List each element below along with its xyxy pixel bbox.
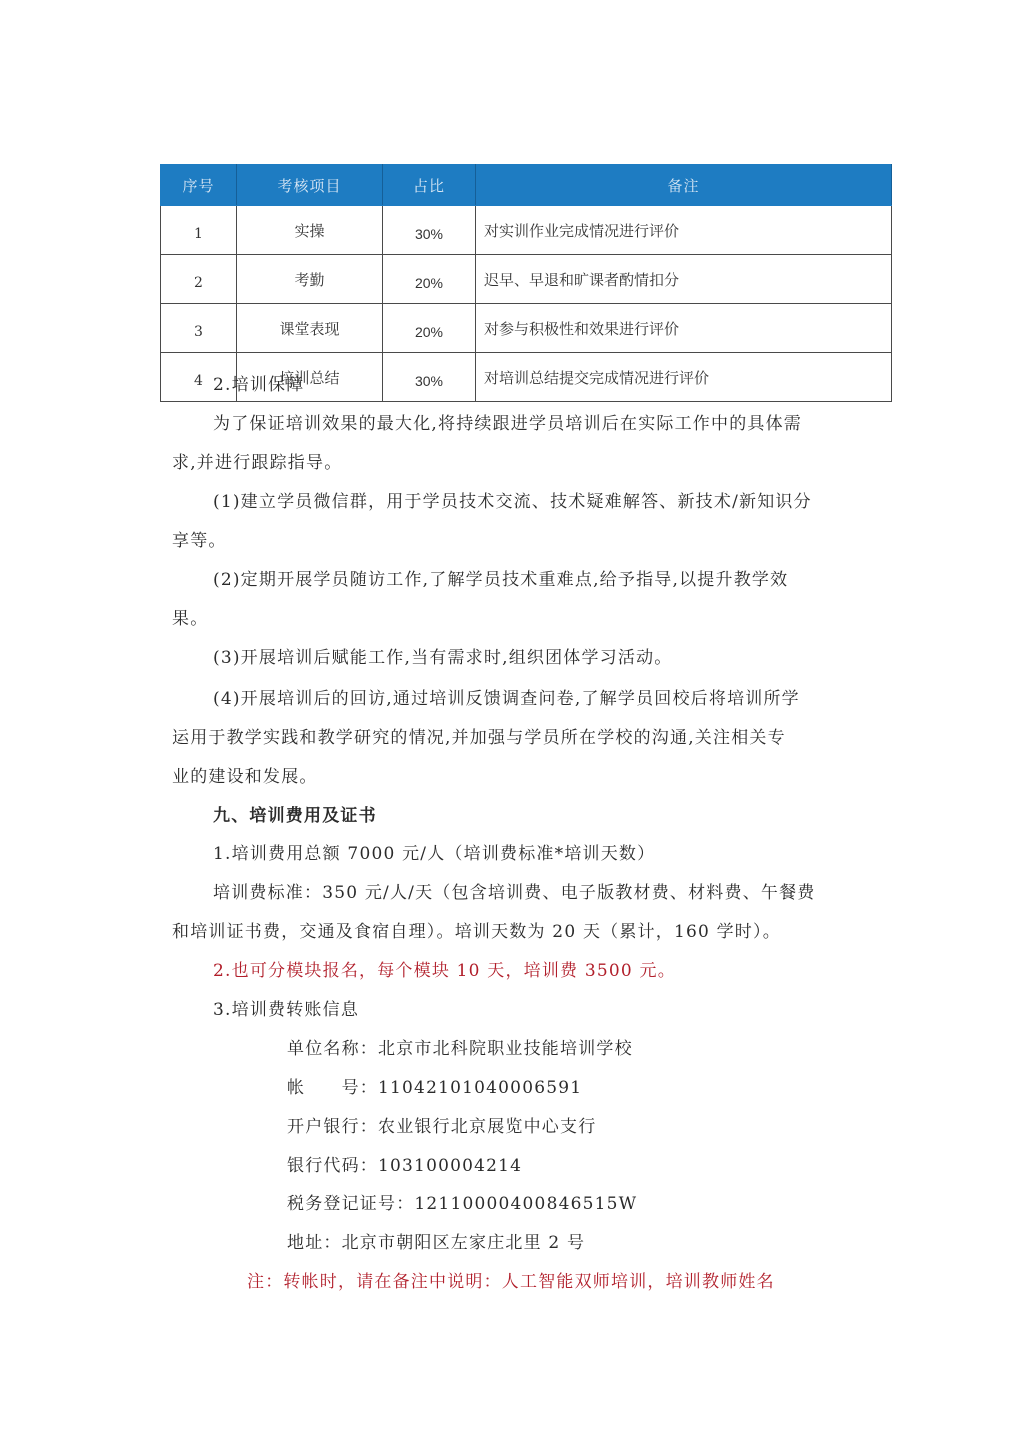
fees-module-note: 2.也可分模块报名，每个模块 10 天，培训费 3500 元。 bbox=[213, 956, 676, 981]
transfer-unit-name: 单位名称：北京市北科院职业技能培训学校 bbox=[287, 1034, 633, 1059]
cell-note: 对参与积极性和效果进行评价 bbox=[476, 304, 892, 353]
cell-item: 课堂表现 bbox=[237, 304, 383, 353]
fees-standard-line2: 和培训证书费，交通及食宿自理）。培训天数为 20 天（累计，160 学时）。 bbox=[172, 917, 781, 942]
cell-index: 3 bbox=[161, 304, 237, 353]
cell-weight: 20% bbox=[383, 255, 476, 304]
guarantee-item2-line2: 果。 bbox=[172, 604, 208, 629]
cell-note: 对培训总结提交完成情况进行评价 bbox=[476, 353, 892, 402]
cell-index: 1 bbox=[161, 206, 237, 255]
header-index: 序号 bbox=[161, 165, 237, 206]
guarantee-item4-line3: 业的建设和发展。 bbox=[172, 762, 318, 787]
transfer-bank: 开户银行：农业银行北京展览中心支行 bbox=[287, 1112, 596, 1137]
transfer-heading: 3.培训费转账信息 bbox=[213, 995, 359, 1020]
cell-weight: 30% bbox=[383, 206, 476, 255]
table-row: 2 考勤 20% 迟早、早退和旷课者酌情扣分 bbox=[161, 255, 892, 304]
assessment-table: 序号 考核项目 占比 备注 1 实操 30% 对实训作业完成情况进行评价 2 考… bbox=[160, 164, 892, 402]
table-header-row: 序号 考核项目 占比 备注 bbox=[161, 165, 892, 206]
header-weight: 占比 bbox=[383, 165, 476, 206]
cell-note: 迟早、早退和旷课者酌情扣分 bbox=[476, 255, 892, 304]
transfer-bank-code: 银行代码：103100004214 bbox=[287, 1151, 522, 1176]
guarantee-intro-line2: 求,并进行跟踪指导。 bbox=[172, 448, 342, 473]
cell-item: 考勤 bbox=[237, 255, 383, 304]
table-row: 3 课堂表现 20% 对参与积极性和效果进行评价 bbox=[161, 304, 892, 353]
guarantee-item1-line2: 享等。 bbox=[172, 526, 227, 551]
fees-section-title: 九、培训费用及证书 bbox=[213, 801, 377, 826]
cell-weight: 20% bbox=[383, 304, 476, 353]
cell-item: 实操 bbox=[237, 206, 383, 255]
guarantee-item4-line1: (4)开展培训后的回访,通过培训反馈调查问卷,了解学员回校后将培训所学 bbox=[213, 684, 800, 709]
guarantee-item2-line1: (2)定期开展学员随访工作,了解学员技术重难点,给予指导,以提升教学效 bbox=[213, 565, 788, 590]
fees-standard-line1: 培训费标准：350 元/人/天（包含培训费、电子版教材费、材料费、午餐费 bbox=[213, 878, 816, 903]
transfer-address: 地址：北京市朝阳区左家庄北里 2 号 bbox=[287, 1228, 585, 1253]
header-note: 备注 bbox=[476, 165, 892, 206]
guarantee-item4-line2: 运用于教学实践和教学研究的情况,并加强与学员所在学校的沟通,关注相关专 bbox=[172, 723, 786, 748]
guarantee-item3-line1: (3)开展培训后赋能工作,当有需求时,组织团体学习活动。 bbox=[213, 643, 673, 668]
cell-weight: 30% bbox=[383, 353, 476, 402]
cell-note: 对实训作业完成情况进行评价 bbox=[476, 206, 892, 255]
transfer-tax-id: 税务登记证号：12110000400846515W bbox=[287, 1189, 637, 1214]
transfer-account: 帐 号：11042101040006591 bbox=[287, 1073, 582, 1098]
guarantee-heading: 2.培训保障 bbox=[213, 370, 304, 395]
document-page: 序号 考核项目 占比 备注 1 实操 30% 对实训作业完成情况进行评价 2 考… bbox=[0, 0, 1024, 1447]
cell-index: 2 bbox=[161, 255, 237, 304]
guarantee-item1-line1: (1)建立学员微信群，用于学员技术交流、技术疑难解答、新技术/新知识分 bbox=[213, 487, 812, 512]
transfer-remark: 注：转帐时，请在备注中说明：人工智能双师培训，培训教师姓名 bbox=[247, 1267, 775, 1292]
fees-total: 1.培训费用总额 7000 元/人（培训费标准*培训天数） bbox=[213, 839, 655, 864]
table-row: 1 实操 30% 对实训作业完成情况进行评价 bbox=[161, 206, 892, 255]
header-item: 考核项目 bbox=[237, 165, 383, 206]
guarantee-intro-line1: 为了保证培训效果的最大化,将持续跟进学员培训后在实际工作中的具体需 bbox=[213, 409, 802, 434]
